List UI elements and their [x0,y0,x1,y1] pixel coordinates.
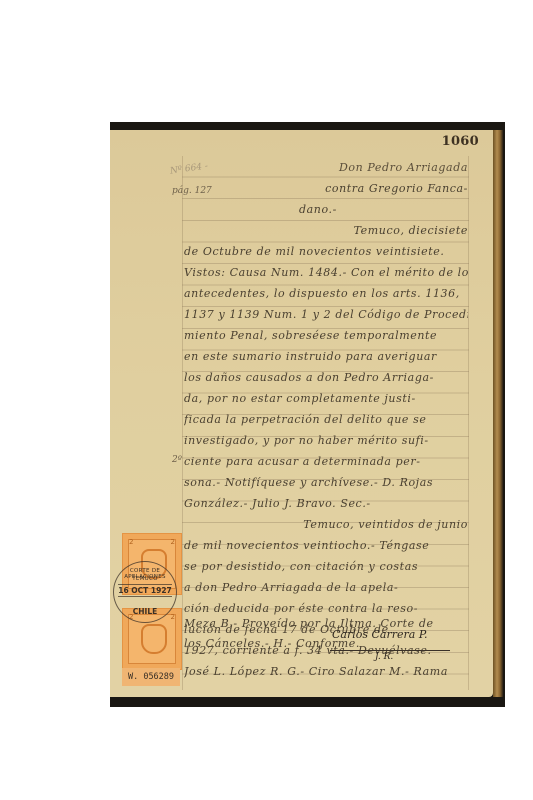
body-line: miento Penal, sobreséese temporalmente [184,326,468,346]
page-number: 1060 [442,134,479,149]
stamp-value: 2 [129,538,133,546]
signature-underline [330,650,450,651]
body-line: 1137 y 1139 Num. 1 y 2 del Código de Pro… [184,305,468,325]
header-parties-line-1: Don Pedro Arriagada [184,158,468,178]
coat-of-arms-icon [141,624,167,654]
body-line: sona.- Notifíquese y archívese.- D. Roja… [184,473,468,493]
second-entry-marker: 2º [172,455,182,465]
body-line: investigado, y por no haber mérito sufi- [184,431,468,451]
second-entry-line: se por desistido, con citación y costas [184,557,468,577]
stamp-value: 2 [171,538,175,546]
body-line: da, por no estar completamente justi- [184,389,468,409]
body-line: Vistos: Causa Num. 1484.- Con el mérito … [184,263,468,283]
signature-initials: J. R. [375,652,393,662]
postmark-date: 16 OCT 1927 [118,584,172,597]
second-entry-line: de mil novecientos veintiocho.- Téngase [184,536,468,556]
second-entry-line: Temuco, veintidos de junio [184,515,468,535]
body-line: González.- Julio J. Bravo. Sec.- [184,494,468,514]
header-parties-line-2: contra Gregorio Fanca- [184,179,468,199]
body-line: de Octubre de mil novecientos veintisiet… [184,242,468,262]
stamp-serial-number: W. 056289 [122,668,180,686]
body-line: Temuco, diecisiete [184,221,468,241]
body-line: ciente para acusar a determinada per- [184,452,468,472]
second-entry-line: a don Pedro Arriagada de la apela- [184,578,468,598]
postmark-country: CHILE [114,607,176,616]
signature: Carlos Carrera P. [332,628,428,641]
body-line: en este sumario instruido para averiguar [184,347,468,367]
header-parties-line-3: dano.- [184,200,468,220]
body-line: los daños causados a don Pedro Arriaga- [184,368,468,388]
body-line: ficada la perpetración del delito que se [184,410,468,430]
postmark-city: TEMUCO [114,576,176,582]
second-entry-line: José L. López R. G.- Ciro Salazar M.- Ra… [184,662,468,682]
postmark-cancellation: CORTE DE APELACIONES TEMUCO 16 OCT 1927 … [113,561,177,623]
body-line: antecedentes, lo dispuesto en los arts. … [184,284,468,304]
book-page-edge [493,130,503,697]
